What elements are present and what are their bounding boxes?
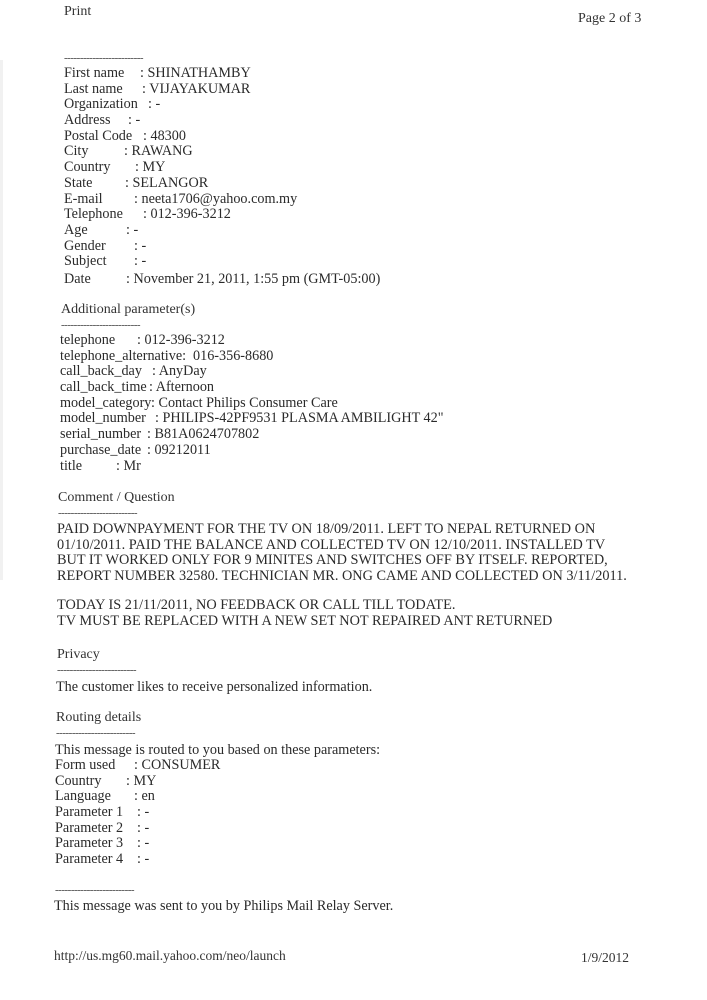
footer-date: 1/9/2012 xyxy=(581,950,629,966)
routing-parameter-4: Parameter 4: - xyxy=(55,852,355,868)
separator: ------------------------- xyxy=(64,52,143,64)
param-telephone-alternative: telephone_alternative:016-356-8680 xyxy=(60,349,480,365)
page-indicator: Page 2 of 3 xyxy=(578,11,641,27)
routing-heading: Routing details xyxy=(56,710,141,726)
param-purchase-date: purchase_date: 09212011 xyxy=(60,443,480,459)
param-call-back-time: call_back_time: Afternoon xyxy=(60,380,480,396)
separator: ------------------------- xyxy=(58,507,137,519)
field-country: Country: MY xyxy=(64,160,464,176)
field-organization: Organization: - xyxy=(64,97,464,113)
field-date: Date: November 21, 2011, 1:55 pm (GMT-05… xyxy=(64,272,464,288)
field-last-name: Last name: VIJAYAKUMAR xyxy=(64,82,464,98)
routing-parameters: Form used: CONSUMER Country: MY Language… xyxy=(55,758,355,868)
field-telephone: Telephone: 012-396-3212 xyxy=(64,207,464,223)
separator: ------------------------- xyxy=(57,664,136,676)
field-age: Age: - xyxy=(64,223,464,239)
param-title: title: Mr xyxy=(60,459,480,475)
closing-text: This message was sent to you by Philips … xyxy=(54,899,393,915)
routing-language: Language: en xyxy=(55,789,355,805)
param-telephone: telephone: 012-396-3212 xyxy=(60,333,480,349)
routing-parameter-2: Parameter 2: - xyxy=(55,821,355,837)
comment-line: 01/10/2011. PAID THE BALANCE AND COLLECT… xyxy=(57,538,627,554)
footer-url[interactable]: http://us.mg60.mail.yahoo.com/neo/launch xyxy=(54,948,286,964)
param-serial-number: serial_number: B81A0624707802 xyxy=(60,427,480,443)
field-city: City: RAWANG xyxy=(64,144,464,160)
privacy-heading: Privacy xyxy=(57,647,100,663)
field-subject: Subject: - xyxy=(64,254,464,270)
comment-line: BUT IT WORKED ONLY FOR 9 MINITES AND SWI… xyxy=(57,553,627,569)
field-first-name: First name: SHINATHAMBY xyxy=(64,66,464,82)
separator: ------------------------- xyxy=(55,884,134,896)
param-call-back-day: call_back_day: AnyDay xyxy=(60,364,480,380)
param-model-category: model_category: Contact Philips Consumer… xyxy=(60,396,480,412)
routing-parameter-3: Parameter 3: - xyxy=(55,836,355,852)
scan-edge-shadow xyxy=(0,60,3,580)
comment-line: REPORT NUMBER 32580. TECHNICIAN MR. ONG … xyxy=(57,569,627,585)
routing-parameter-1: Parameter 1: - xyxy=(55,805,355,821)
param-model-number: model_number: PHILIPS-42PF9531 PLASMA AM… xyxy=(60,411,480,427)
routing-form-used: Form used: CONSUMER xyxy=(55,758,355,774)
separator: ------------------------- xyxy=(56,727,135,739)
separator: ------------------------- xyxy=(61,319,140,331)
routing-country: Country: MY xyxy=(55,774,355,790)
comment-body: PAID DOWNPAYMENT FOR THE TV ON 18/09/201… xyxy=(57,522,627,630)
field-email: E-mail: neeta1706@yahoo.com.my xyxy=(64,192,464,208)
comment-heading: Comment / Question xyxy=(58,490,175,506)
additional-parameters: telephone: 012-396-3212 telephone_altern… xyxy=(60,333,480,474)
contact-details: First name: SHINATHAMBY Last name: VIJAY… xyxy=(64,66,464,288)
comment-line: PAID DOWNPAYMENT FOR THE TV ON 18/09/201… xyxy=(57,522,627,538)
additional-parameters-heading: Additional parameter(s) xyxy=(61,302,195,318)
comment-line: TODAY IS 21/11/2011, NO FEEDBACK OR CALL… xyxy=(57,598,627,614)
field-state: State: SELANGOR xyxy=(64,176,464,192)
privacy-text: The customer likes to receive personaliz… xyxy=(56,680,372,696)
field-postal-code: Postal Code: 48300 xyxy=(64,129,464,145)
comment-line: TV MUST BE REPLACED WITH A NEW SET NOT R… xyxy=(57,614,627,630)
field-gender: Gender: - xyxy=(64,239,464,255)
field-address: Address: - xyxy=(64,113,464,129)
print-label: Print xyxy=(64,4,91,20)
